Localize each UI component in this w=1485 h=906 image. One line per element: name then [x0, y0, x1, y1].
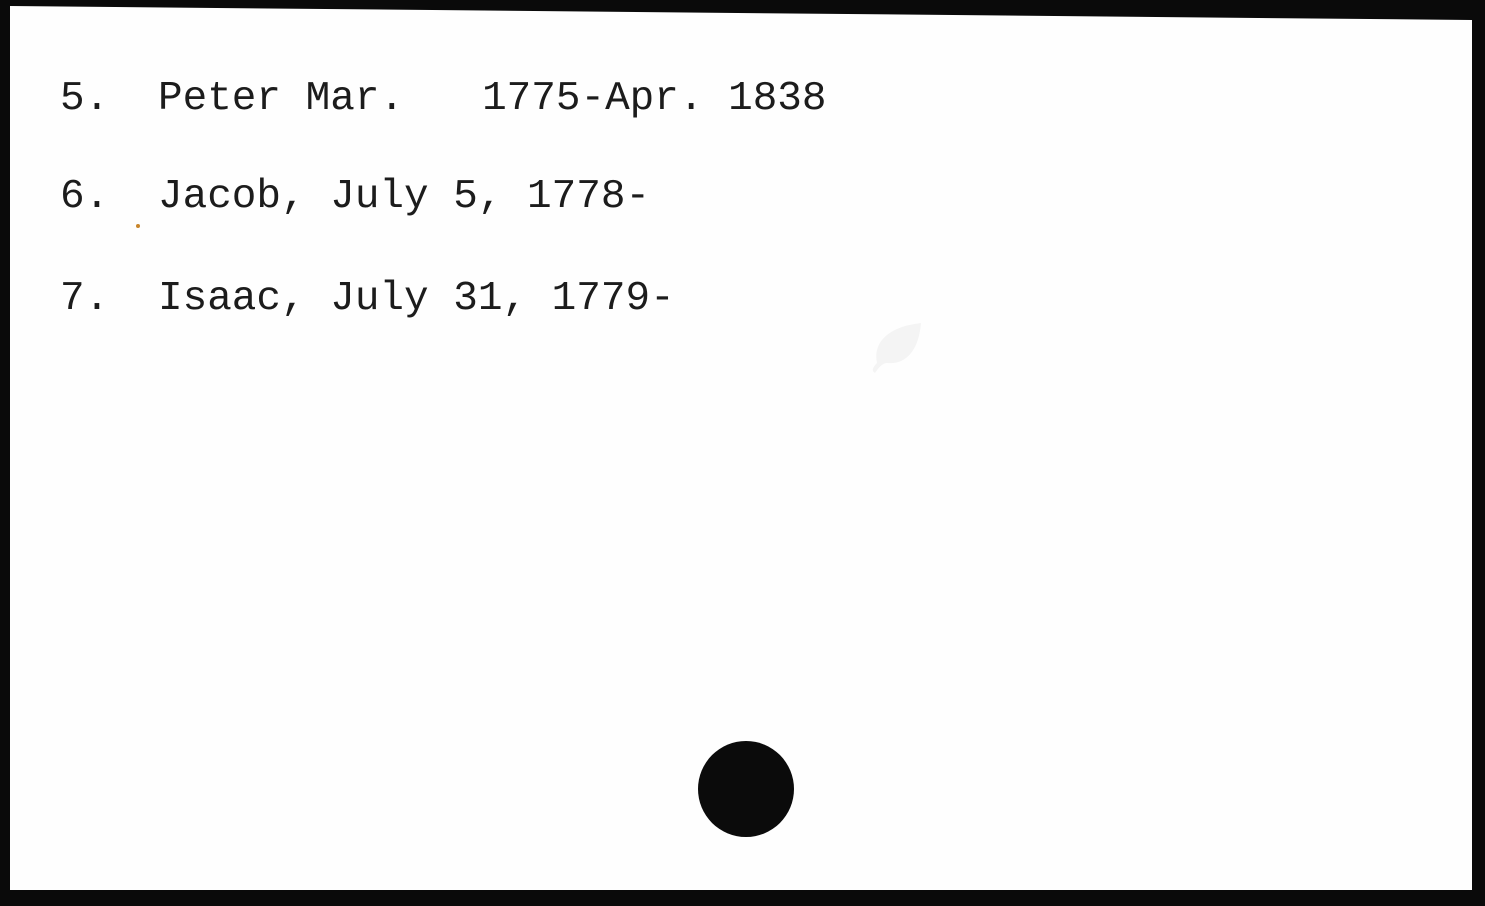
entry-number: 7.	[60, 276, 158, 322]
entry-text: Isaac, July 31, 1779-	[158, 276, 675, 322]
entry-month: Mar.	[306, 76, 404, 122]
entry-text: Jacob, July 5, 1778-	[158, 174, 650, 220]
entry-name: Peter	[158, 76, 281, 122]
leaf-watermark-icon	[867, 319, 923, 375]
entry-row: 6.Jacob, July 5, 1778-	[60, 174, 650, 220]
punch-hole	[698, 741, 794, 837]
ink-speck	[136, 224, 140, 228]
entry-row: 7.Isaac, July 31, 1779-	[60, 276, 675, 322]
entry-number: 5.	[60, 76, 158, 122]
entry-number: 6.	[60, 174, 158, 220]
index-card: 5.Peter Mar.1775-Apr. 1838 6.Jacob, July…	[10, 6, 1472, 890]
entry-dates: 1775-Apr. 1838	[482, 76, 826, 122]
entry-row: 5.Peter Mar.1775-Apr. 1838	[60, 76, 827, 122]
